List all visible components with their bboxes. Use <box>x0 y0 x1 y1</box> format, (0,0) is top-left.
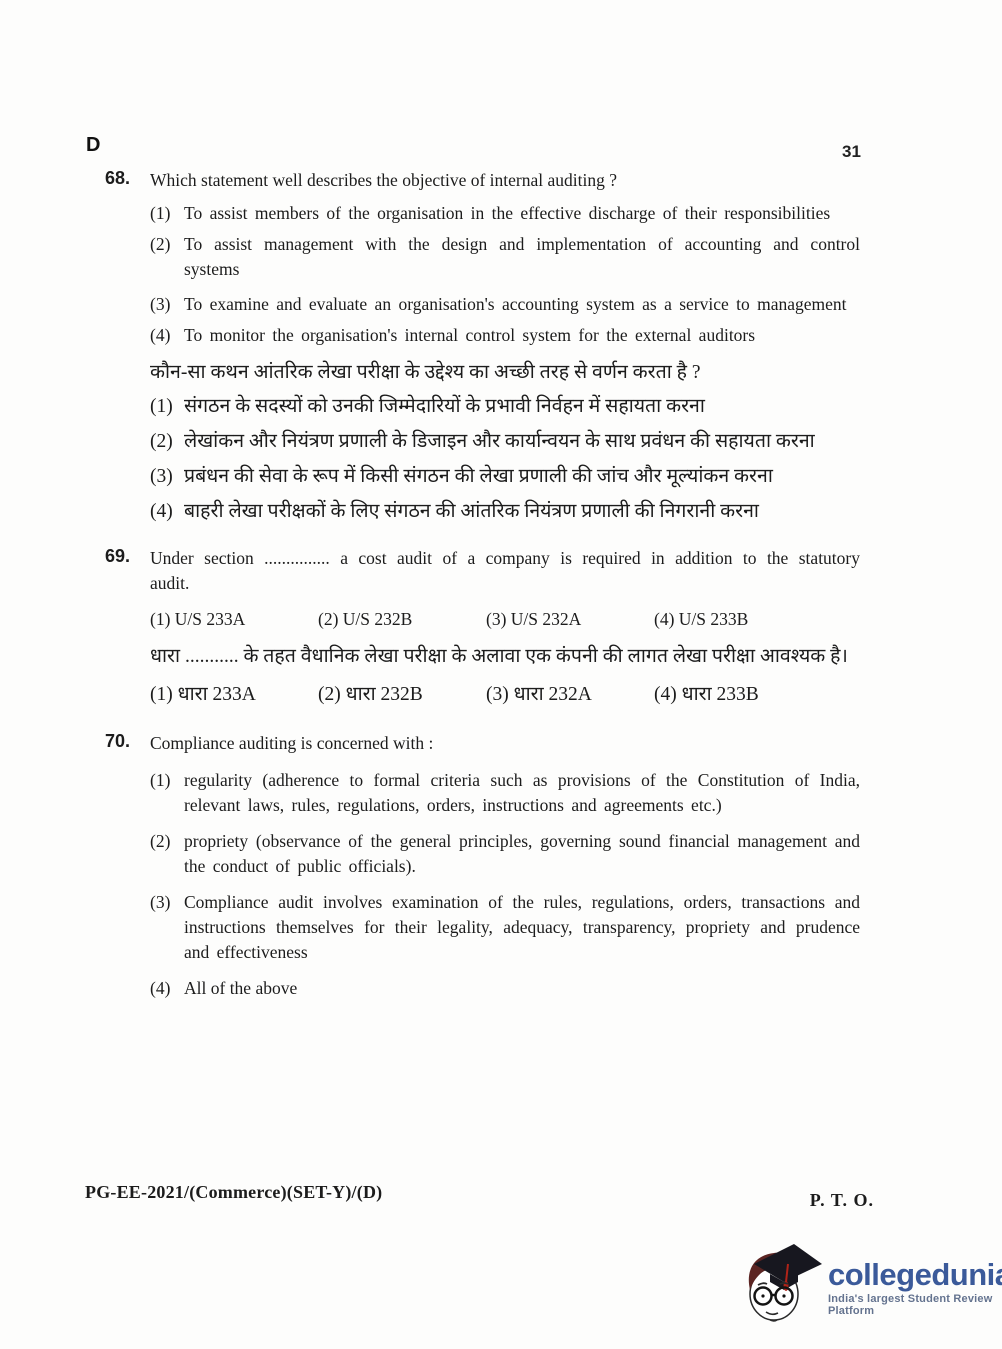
option-text: बाहरी लेखा परीक्षकों के लिए संगठन की आंत… <box>184 497 860 526</box>
option-inline: (4) U/S 233B <box>654 607 822 632</box>
question-69-options-hi: (1) धारा 233A (2) धारा 232B (3) धारा 232… <box>150 680 860 709</box>
question-68: 68. Which statement well describes the o… <box>105 168 860 526</box>
brand-name: collegedunia <box>828 1260 1002 1290</box>
pto-label: P. T. O. <box>810 1190 874 1211</box>
option-text: To examine and evaluate an organisation'… <box>184 292 860 317</box>
option-text: To assist members of the organisation in… <box>184 201 860 226</box>
question-69: 69. Under section ............... a cost… <box>105 546 860 709</box>
question-68-option-4-hi: (4) बाहरी लेखा परीक्षकों के लिए संगठन की… <box>150 497 860 526</box>
option-inline: (1) U/S 233A <box>150 607 318 632</box>
question-70: 70. Compliance auditing is concerned wit… <box>105 731 860 1001</box>
option-marker: (4) <box>150 323 184 348</box>
question-68-option-1-hi: (1) संगठन के सदस्यों को उनकी जिम्मेदारिय… <box>150 392 860 421</box>
option-inline: (4) धारा 233B <box>654 680 822 709</box>
question-69-options-en: (1) U/S 233A (2) U/S 232B (3) U/S 232A (… <box>150 607 860 632</box>
question-70-option-1: (1) regularity (adherence to formal crit… <box>150 768 860 818</box>
option-marker: (4) <box>150 976 184 1001</box>
option-text: All of the above <box>184 976 860 1001</box>
question-70-number: 70. <box>105 731 150 756</box>
option-text: संगठन के सदस्यों को उनकी जिम्मेदारियों क… <box>184 392 860 421</box>
question-68-text-hi: कौन-सा कथन आंतरिक लेखा परीक्षा के उद्देश… <box>150 358 860 387</box>
question-70-option-2: (2) propriety (observance of the general… <box>150 829 860 879</box>
option-inline: (3) धारा 232A <box>486 680 654 709</box>
question-68-number: 68. <box>105 168 150 193</box>
question-68-option-2-hi: (2) लेखांकन और नियंत्रण प्रणाली के डिजाइ… <box>150 427 860 456</box>
option-marker: (3) <box>150 462 184 491</box>
question-70-option-4: (4) All of the above <box>150 976 860 1001</box>
option-marker: (1) <box>150 392 184 421</box>
set-letter: D <box>86 134 100 157</box>
questions-area: 68. Which statement well describes the o… <box>105 168 860 1012</box>
option-inline: (2) U/S 232B <box>318 607 486 632</box>
option-marker: (3) <box>150 292 184 317</box>
option-text: Compliance audit involves examination of… <box>184 890 860 965</box>
option-inline: (3) U/S 232A <box>486 607 654 632</box>
question-69-number: 69. <box>105 546 150 596</box>
logo-text-block: collegedunia .com India's largest Studen… <box>828 1260 1002 1317</box>
option-inline: (2) धारा 232B <box>318 680 486 709</box>
option-marker: (1) <box>150 768 184 818</box>
option-marker: (1) <box>150 201 184 226</box>
question-70-option-3: (3) Compliance audit involves examinatio… <box>150 890 860 965</box>
question-70-text-en: Compliance auditing is concerned with : <box>150 731 860 756</box>
option-text: प्रबंधन की सेवा के रूप में किसी संगठन की… <box>184 462 860 491</box>
option-text: लेखांकन और नियंत्रण प्रणाली के डिजाइन और… <box>184 427 860 456</box>
option-text: regularity (adherence to formal criteria… <box>184 768 860 818</box>
option-text: To assist management with the design and… <box>184 232 860 282</box>
question-68-text-en: Which statement well describes the objec… <box>150 168 860 193</box>
question-68-option-1-en: (1) To assist members of the organisatio… <box>150 201 860 226</box>
option-inline: (1) धारा 233A <box>150 680 318 709</box>
exam-paper-page: D 31 68. Which statement well describes … <box>0 0 1002 1349</box>
option-marker: (4) <box>150 497 184 526</box>
question-68-option-3-hi: (3) प्रबंधन की सेवा के रूप में किसी संगठ… <box>150 462 860 491</box>
question-68-option-2-en: (2) To assist management with the design… <box>150 232 860 282</box>
option-marker: (2) <box>150 232 184 282</box>
question-69-text-en: Under section ............... a cost aud… <box>150 546 860 596</box>
collegedunia-mascot-icon <box>736 1236 824 1333</box>
option-marker: (2) <box>150 427 184 456</box>
option-text: propriety (observance of the general pri… <box>184 829 860 879</box>
question-68-option-4-en: (4) To monitor the organisation's intern… <box>150 323 860 348</box>
question-69-text-hi: धारा ........... के तहत वैधानिक लेखा परी… <box>150 642 860 671</box>
collegedunia-logo: collegedunia .com India's largest Studen… <box>736 1236 1002 1333</box>
option-text: To monitor the organisation's internal c… <box>184 323 860 348</box>
page-footer: PG-EE-2021/(Commerce)(SET-Y)/(D) P. T. O… <box>85 1182 874 1211</box>
page-number: 31 <box>842 142 861 162</box>
brand-tagline: India's largest Student Review Platform <box>828 1293 1002 1317</box>
option-marker: (2) <box>150 829 184 879</box>
option-marker: (3) <box>150 890 184 965</box>
paper-code: PG-EE-2021/(Commerce)(SET-Y)/(D) <box>85 1182 382 1203</box>
question-68-option-3-en: (3) To examine and evaluate an organisat… <box>150 292 860 317</box>
